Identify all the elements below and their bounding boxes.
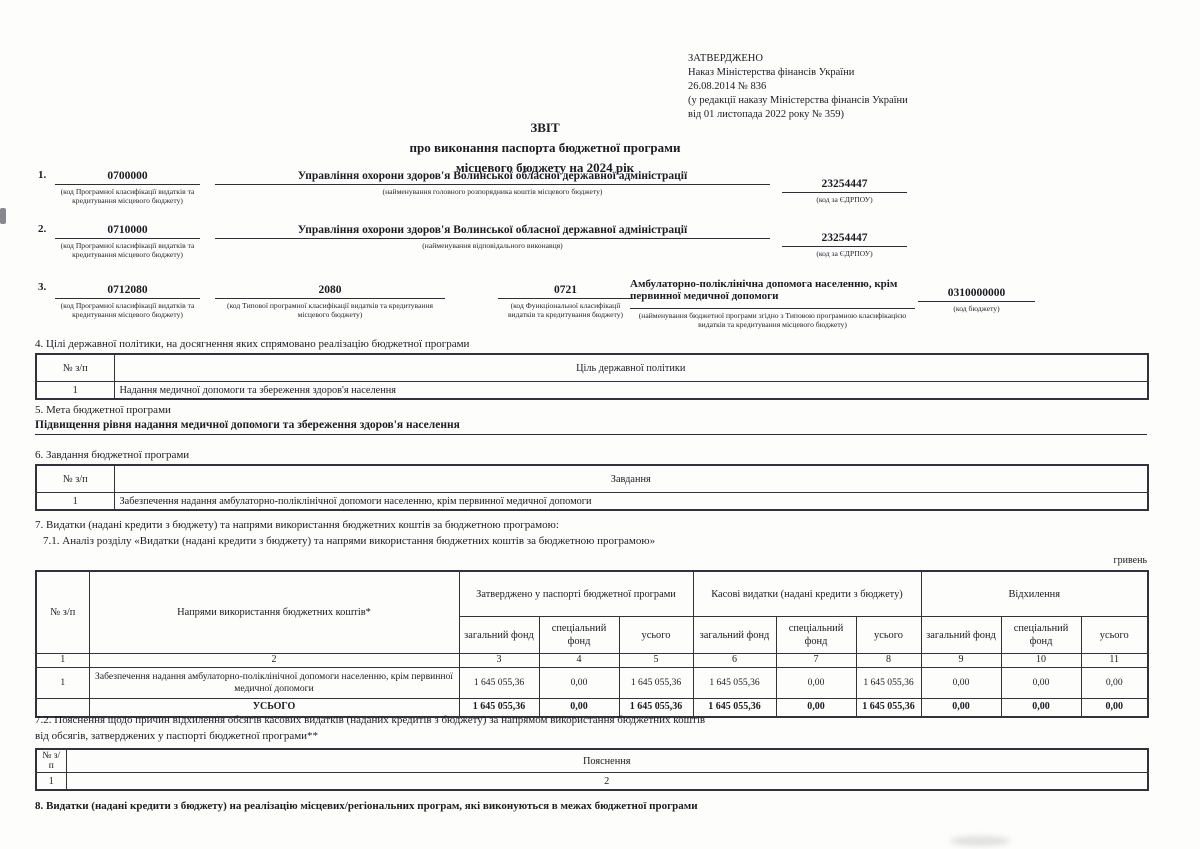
section6-col2-header: Завдання [114,465,1148,493]
item1-edrpou-field: 23254447 (код за ЄДРПОУ) [782,178,907,204]
approval-line: Наказ Міністерства фінансів України [688,66,1118,80]
table-row: 1 Забезпечення надання амбулаторно-полік… [36,493,1148,511]
section6-header-row: № з/п Завдання [36,465,1148,493]
subheader-total: усього [856,617,921,654]
section6-row-text: Забезпечення надання амбулаторно-поліклі… [114,493,1148,511]
subheader-special-fund: спеціальний фонд [1001,617,1081,654]
col-number: 7 [776,654,856,668]
scan-edge-artifact [0,208,6,224]
item2-edrpou-caption: (код за ЄДРПОУ) [782,249,907,258]
approval-block: ЗАТВЕРДЖЕНО Наказ Міністерства фінансів … [688,52,1118,122]
item2-name-field: Управління охорони здоров'я Волинської о… [215,224,770,250]
subheader-special-fund: спеціальний фонд [539,617,619,654]
item3-program-name: Амбулаторно-поліклінічна допомога населе… [630,278,915,309]
item3-budget-code-value: 0310000000 [918,287,1035,302]
section6-table: № з/п Завдання 1 Забезпечення надання ам… [35,464,1149,511]
col-number: 9 [921,654,1001,668]
section7-column-numbers-row: 1 2 3 4 5 6 7 8 9 10 11 [36,654,1148,668]
item3-code3-caption: (код Функціональної класифікації видаткі… [498,301,633,320]
item3-code2-value: 2080 [215,284,445,299]
col-number: 4 [539,654,619,668]
item3-budget-code-field: 0310000000 (код бюджету) [918,287,1035,313]
subheader-general-fund: загальний фонд [459,617,539,654]
subheader-general-fund: загальний фонд [921,617,1001,654]
item2-edrpou-field: 23254447 (код за ЄДРПОУ) [782,232,907,258]
section5-meta-text: Підвищення рівня надання медичної допомо… [35,419,1147,435]
item2-number: 2. [38,223,46,235]
section6-col1-header: № з/п [36,465,114,493]
section6-title: 6. Завдання бюджетної програми [35,449,189,461]
item3-program-field: Амбулаторно-поліклінічна допомога населе… [630,278,915,330]
item2-edrpou-value: 23254447 [782,232,907,247]
title-line: про виконання паспорта бюджетної програм… [150,138,940,158]
title-line: ЗВІТ [150,118,940,138]
item3-code3-value: 0721 [498,284,633,299]
section72-col1-header: № з/п [36,749,66,773]
item3-budget-code-caption: (код бюджету) [918,304,1035,313]
subheader-total: усього [1081,617,1148,654]
col-number: 11 [1081,654,1148,668]
total-value: 0,00 [1081,698,1148,717]
col-directions-header: Напрями використання бюджетних коштів* [89,571,459,654]
section5-title: 5. Мета бюджетної програми [35,404,171,416]
row-value: 0,00 [776,667,856,698]
item3-number: 3. [38,281,46,293]
col-number: 6 [693,654,776,668]
section72-title-line2: від обсягів, затверджених у паспорті бюд… [35,730,318,742]
item1-edrpou-value: 23254447 [782,178,907,193]
item1-code-field: 0700000 (код Програмної класифікації вид… [55,170,200,206]
item2-code-value: 0710000 [55,224,200,239]
section7-subtitle: 7.1. Аналіз розділу «Видатки (надані кре… [43,535,655,547]
section4-col2-header: Ціль державної політики [114,354,1148,382]
table-row: 1 2 [36,773,1148,791]
row-value: 1 645 055,36 [459,667,539,698]
col-number: 3 [459,654,539,668]
row-value: 0,00 [1001,667,1081,698]
col-number: 1 [36,654,89,668]
item2-name-value: Управління охорони здоров'я Волинської о… [215,224,770,239]
col-number: 10 [1001,654,1081,668]
subheader-general-fund: загальний фонд [693,617,776,654]
row-direction: Забезпечення надання амбулаторно-поліклі… [89,667,459,698]
row-value: 1 645 055,36 [619,667,693,698]
section72-title-line1: 7.2. Пояснення щодо причин відхилення об… [35,714,705,726]
currency-label: гривень [1040,555,1147,566]
total-value: 0,00 [1001,698,1081,717]
total-value: 1 645 055,36 [693,698,776,717]
col-number: 8 [856,654,921,668]
section8-title: 8. Видатки (надані кредити з бюджету) на… [35,800,698,812]
section72-col2-header: Пояснення [66,749,1148,773]
row-value: 0,00 [539,667,619,698]
item3-code1-value: 0712080 [55,284,200,299]
group-approved-header: Затверджено у паспорті бюджетної програм… [459,571,693,617]
row-num: 1 [36,667,89,698]
section72-table: № з/п Пояснення 1 2 [35,748,1149,791]
section4-row-text: Надання медичної допомоги та збереження … [114,382,1148,400]
item1-name-field: Управління охорони здоров'я Волинської о… [215,170,770,196]
item1-code-value: 0700000 [55,170,200,185]
total-value: 0,00 [921,698,1001,717]
subheader-total: усього [619,617,693,654]
total-value: 0,00 [776,698,856,717]
item2-code-caption: (код Програмної класифікації видатків та… [55,241,200,260]
item3-code3-field: 0721 (код Функціональної класифікації ви… [498,284,633,320]
scan-smudge-artifact [950,836,1010,846]
col-num-header: № з/п [36,571,89,654]
row-value: 1 645 055,36 [856,667,921,698]
section7-group-header-row: № з/п Напрями використання бюджетних кош… [36,571,1148,617]
item1-name-caption: (найменування головного розпорядника кош… [215,187,770,196]
item1-edrpou-caption: (код за ЄДРПОУ) [782,195,907,204]
item2-code-field: 0710000 (код Програмної класифікації вид… [55,224,200,260]
row-value: 0,00 [1081,667,1148,698]
group-deviation-header: Відхилення [921,571,1148,617]
item3-code2-field: 2080 (код Типової програмної класифікаці… [215,284,445,320]
section7-title: 7. Видатки (надані кредити з бюджету) та… [35,519,559,531]
item2-name-caption: (найменування відповідального виконавця) [215,241,770,250]
item1-number: 1. [38,169,46,181]
row-value: 0,00 [921,667,1001,698]
item3-code2-caption: (код Типової програмної класифікації вид… [215,301,445,320]
item3-program-caption: (найменування бюджетної програми згідно … [630,311,915,330]
section7-table: № з/п Напрями використання бюджетних кош… [35,570,1149,718]
approval-line: 26.08.2014 № 836 [688,80,1118,94]
col-number: 5 [619,654,693,668]
section72-row-num: 1 [36,773,66,791]
total-value: 1 645 055,36 [856,698,921,717]
approval-line: ЗАТВЕРДЖЕНО [688,52,1118,66]
subheader-special-fund: спеціальний фонд [776,617,856,654]
item1-name-value: Управління охорони здоров'я Волинської о… [215,170,770,185]
item3-code1-field: 0712080 (код Програмної класифікації вид… [55,284,200,320]
col-number: 2 [89,654,459,668]
item1-code-caption: (код Програмної класифікації видатків та… [55,187,200,206]
section4-title: 4. Цілі державної політики, на досягненн… [35,338,469,350]
approval-line: (у редакції наказу Міністерства фінансів… [688,94,1118,108]
section4-row-num: 1 [36,382,114,400]
group-cash-header: Касові видатки (надані кредити з бюджету… [693,571,921,617]
section4-header-row: № з/п Ціль державної політики [36,354,1148,382]
row-value: 1 645 055,36 [693,667,776,698]
item3-code1-caption: (код Програмної класифікації видатків та… [55,301,200,320]
table-row: 1 Забезпечення надання амбулаторно-полік… [36,667,1148,698]
section4-table: № з/п Ціль державної політики 1 Надання … [35,353,1149,400]
table-row: 1 Надання медичної допомоги та збереженн… [36,382,1148,400]
section72-header-row: № з/п Пояснення [36,749,1148,773]
section4-col1-header: № з/п [36,354,114,382]
section72-row-text: 2 [66,773,1148,791]
section6-row-num: 1 [36,493,114,511]
